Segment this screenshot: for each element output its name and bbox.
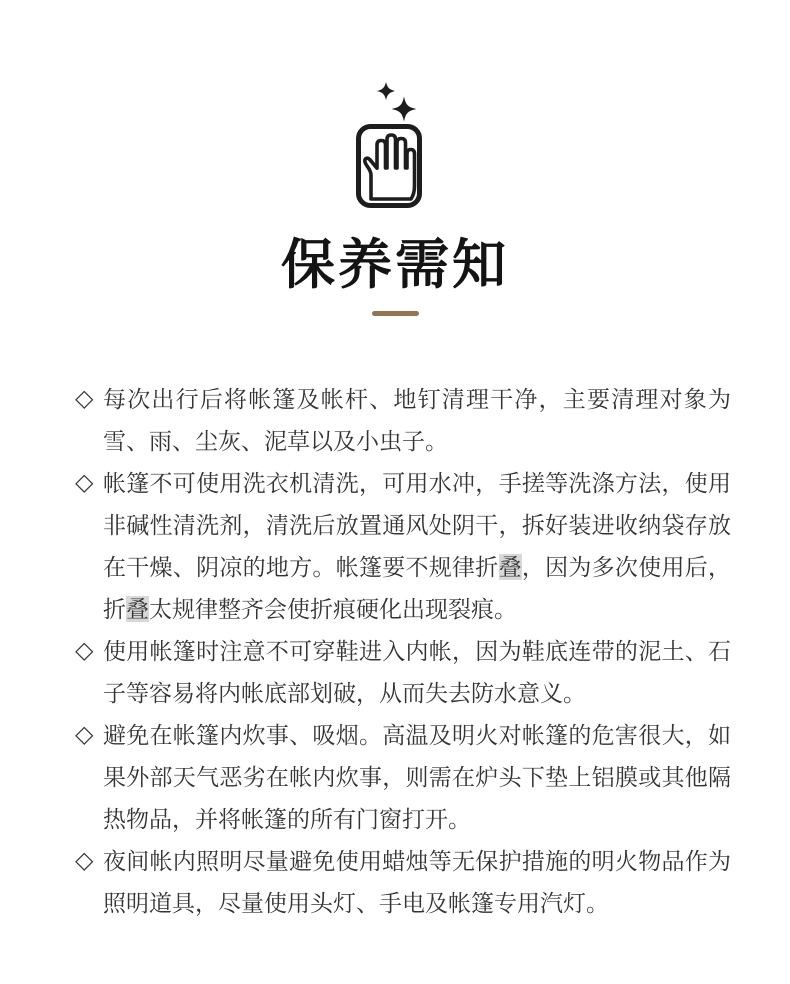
diamond-bullet-icon: ◇ [75,714,103,756]
hand-clean-icon [340,78,450,230]
title-divider [372,311,419,316]
list-item: ◇ 帐篷不可使用洗衣机清洗，可用水冲，手搓等洗涤方法，使用非碱性清洗剂，清洗后放… [75,462,733,630]
maintenance-notice-page: 保养需知 ◇ 每次出行后将帐篷及帐杆、地钉清理干净，主要清理对象为雪、雨、尘灰、… [0,0,790,984]
diamond-bullet-icon: ◇ [75,630,103,672]
notice-text: 夜间帐内照明尽量避免使用蜡烛等无保护措施的明火物品作为照明道具，尽量使用头灯、手… [103,840,731,924]
list-item: ◇ 夜间帐内照明尽量避免使用蜡烛等无保护措施的明火物品作为照明道具，尽量使用头灯… [75,840,733,924]
notice-text: 避免在帐篷内炊事、吸烟。高温及明火对帐篷的危害很大，如果外部天气恶劣在帐内炊事，… [103,714,731,840]
diamond-bullet-icon: ◇ [75,378,103,420]
diamond-bullet-icon: ◇ [75,840,103,882]
list-item: ◇ 每次出行后将帐篷及帐杆、地钉清理干净，主要清理对象为雪、雨、尘灰、泥草以及小… [75,378,733,462]
notice-header: 保养需知 [0,0,790,316]
list-item: ◇ 使用帐篷时注意不可穿鞋进入内帐，因为鞋底连带的泥土、石子等容易将内帐底部划破… [75,630,733,714]
notice-text: 使用帐篷时注意不可穿鞋进入内帐，因为鞋底连带的泥土、石子等容易将内帐底部划破，从… [103,630,731,714]
hand-glyph [365,135,415,199]
sparkles-icon [377,82,417,122]
diamond-bullet-icon: ◇ [75,462,103,504]
list-item: ◇ 避免在帐篷内炊事、吸烟。高温及明火对帐篷的危害很大，如果外部天气恶劣在帐内炊… [75,714,733,840]
page-title: 保养需知 [0,238,790,292]
notice-text: 帐篷不可使用洗衣机清洗，可用水冲，手搓等洗涤方法，使用非碱性清洗剂，清洗后放置通… [103,462,731,630]
notice-list: ◇ 每次出行后将帐篷及帐杆、地钉清理干净，主要清理对象为雪、雨、尘灰、泥草以及小… [0,378,790,964]
notice-text: 每次出行后将帐篷及帐杆、地钉清理干净，主要清理对象为雪、雨、尘灰、泥草以及小虫子… [103,378,731,462]
